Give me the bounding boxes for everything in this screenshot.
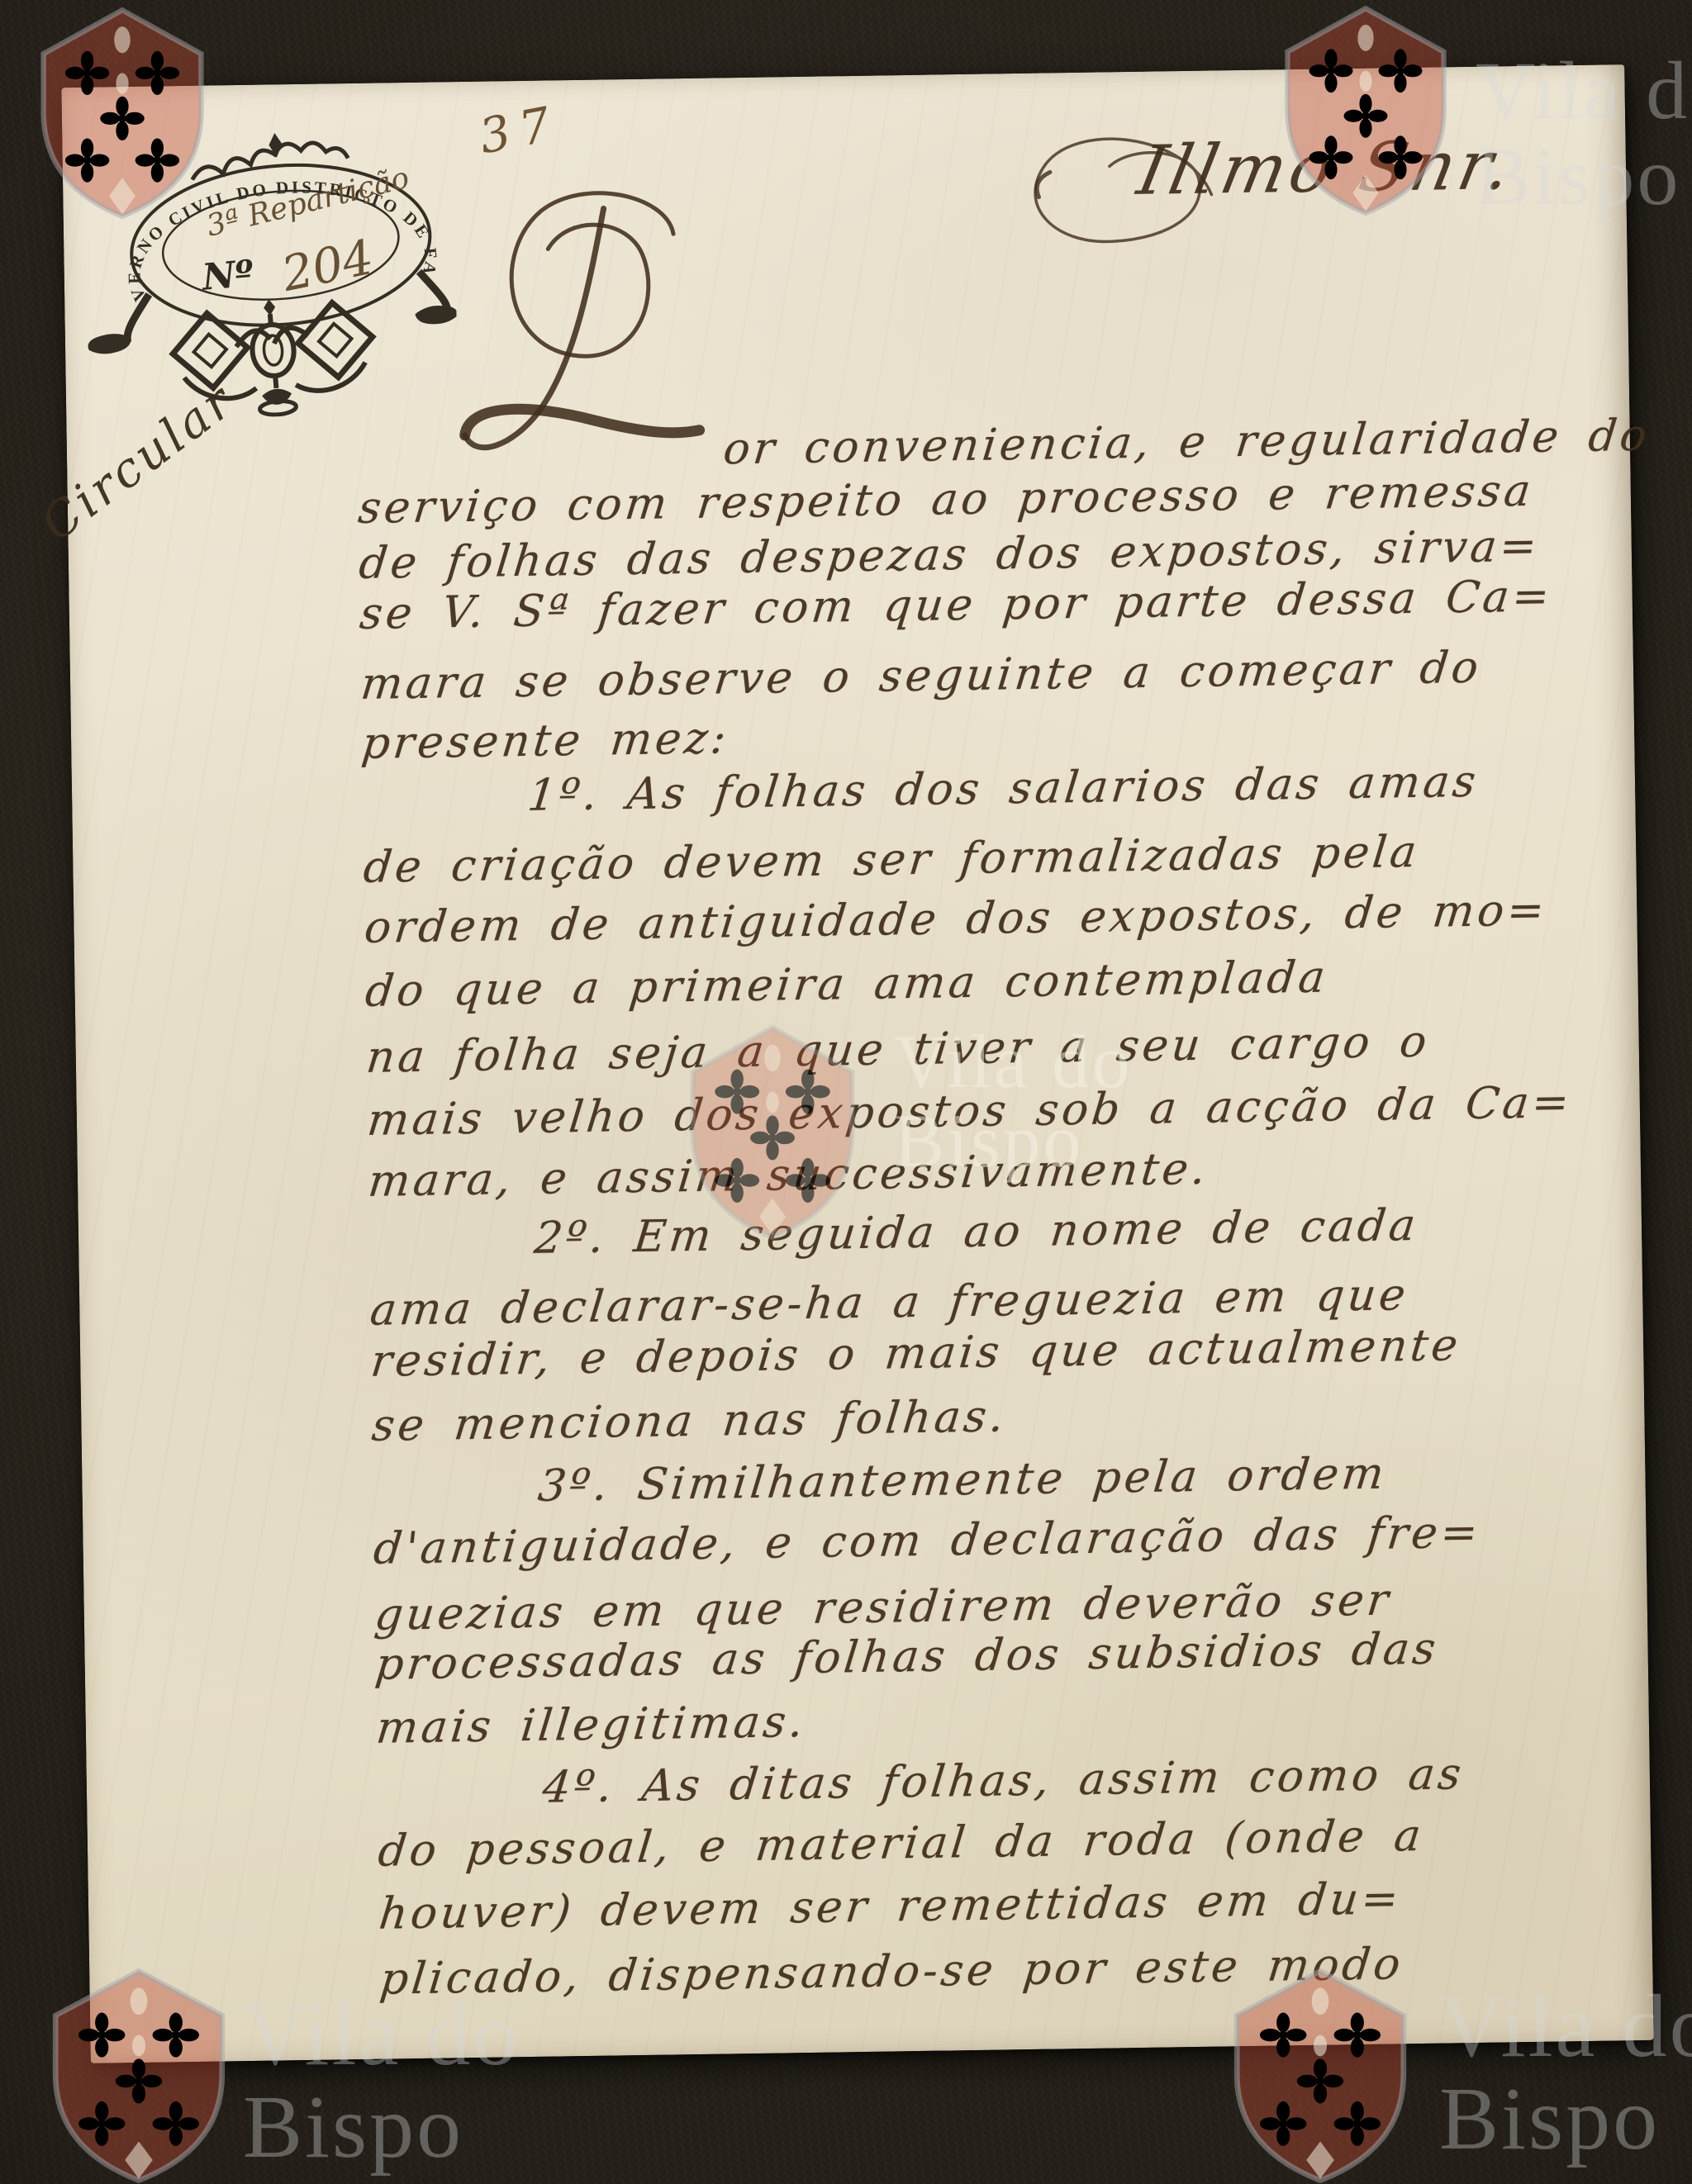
manuscript-line: na folha seja a que tiver a seu cargo o [364, 1019, 1433, 1081]
manuscript-line: de criação devem ser formalizadas pela [361, 829, 1422, 891]
manuscript-page: 37 [61, 64, 1653, 2063]
manuscript-line: d'antiguidade, e com declaração das fre= [372, 1510, 1484, 1573]
manuscript-line: ordem de antiguidade dos expostos, de mo… [362, 888, 1549, 952]
manuscript-line: houver) devem ser remettidas em du= [377, 1876, 1404, 1937]
manuscript-line: se menciona nas folhas. [369, 1393, 1009, 1449]
manuscript-line: presente mez: [359, 715, 731, 767]
photograph-background: 37 [0, 0, 1692, 2184]
manuscript-line: 2º. Em seguida ao nome de cada [532, 1203, 1421, 1262]
manuscript-line: 3º. Similhantemente pela ordem [536, 1451, 1390, 1510]
manuscript-line: mais velho dos expostos sob a acção da C… [365, 1080, 1575, 1143]
manuscript-line: serviço com respeito ao processo e remes… [356, 468, 1536, 532]
manuscript-line: 1º. As folhas dos salarios das amas [525, 759, 1480, 819]
manuscript-line: 4º. As ditas folhas, assim como as [540, 1751, 1466, 1811]
manuscript-line: mara, e assim successivamente. [366, 1147, 1211, 1205]
manuscript-line: or conveniencia, e regularidade do [721, 413, 1652, 472]
manuscript-line: mais illegitimas. [374, 1699, 809, 1751]
manuscript-line: do pessoal, e material da roda (onde a [376, 1813, 1426, 1875]
letter-body: or conveniencia, e regularidade doserviç… [61, 64, 1653, 2063]
manuscript-line: mara se observe o seguinte a começar do [359, 645, 1484, 708]
manuscript-line: plicado, dispensando-se por este modo [378, 1941, 1405, 2002]
manuscript-line: do que a primeira ama contemplada [364, 954, 1331, 1014]
